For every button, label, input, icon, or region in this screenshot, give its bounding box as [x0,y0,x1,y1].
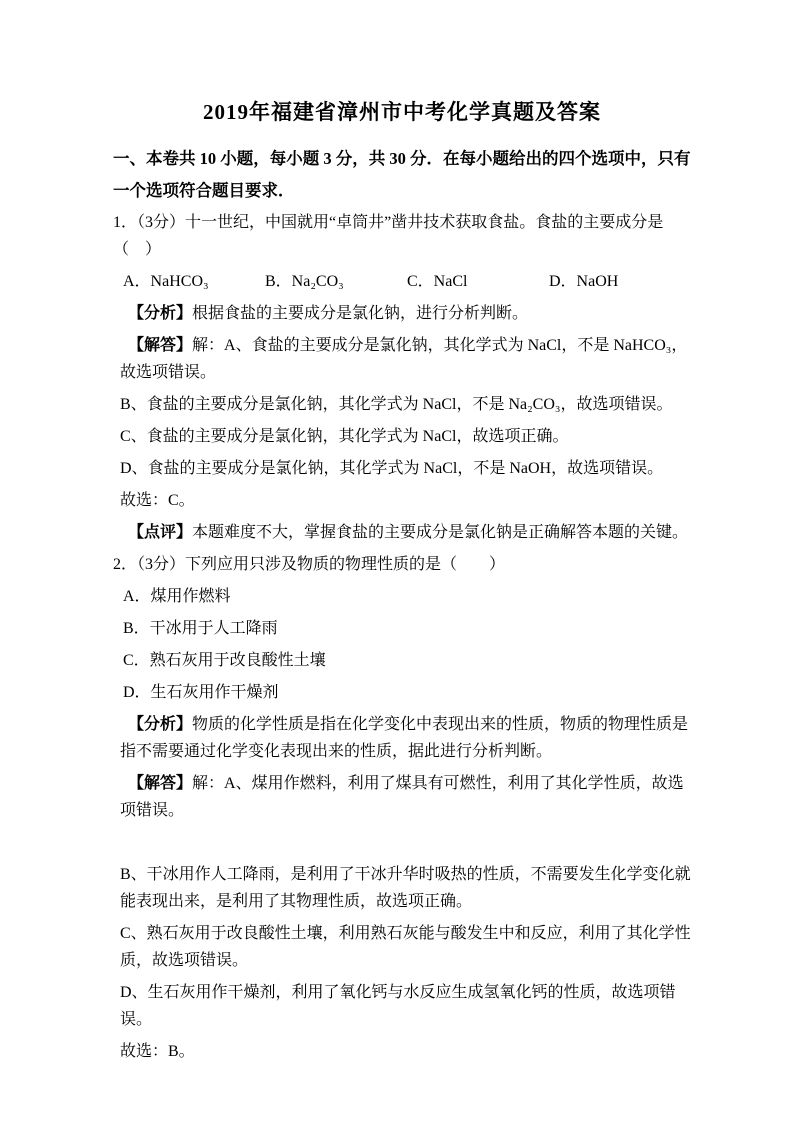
q1-option-a: A．NaHCO₃ [123,268,265,295]
q1-answer-intro: 【解答】解：A、食盐的主要成分是氯化钠，其化学式为 NaCl，不是 NaHCO₃… [120,332,691,386]
q1-option-b: B．Na₂CO₃ [265,268,407,295]
q1-comment-tag: 【点评】 [128,524,192,541]
q2-answer-intro: 【解答】解：A、煤用作燃料，利用了煤具有可燃性，利用了其化学性质，故选项错误。 [120,770,691,824]
q2-stem: 2．（3分）下列应用只涉及物质的物理性质的是（ ） [113,551,691,578]
q1-answer-d: D、食盐的主要成分是氯化钠，其化学式为 NaCl，不是 NaOH，故选项错误。 [120,455,691,482]
q1-answer-b: B、食盐的主要成分是氯化钠，其化学式为 NaCl，不是 Na₂CO₃，故选项错误… [120,391,691,418]
q2-conclusion: 故选：B。 [120,1038,691,1065]
q1-comment-text: 本题难度不大，掌握食盐的主要成分是氯化钠是正确解答本题的关键。 [192,524,688,541]
q2-answer-d: D、生石灰用作干燥剂，利用了氧化钙与水反应生成氢氧化钙的性质，故选项错误。 [120,979,691,1033]
q2-answer-c: C、熟石灰用于改良酸性土壤，利用熟石灰能与酸发生中和反应，利用了其化学性质，故选… [120,920,691,974]
document-page: 2019年福建省漳州市中考化学真题及答案 一、本卷共 10 小题，每小题 3 分… [0,0,794,1123]
q1-analysis-tag: 【分析】 [128,305,192,322]
section-heading: 一、本卷共 10 小题，每小题 3 分，共 30 分．在每小题给出的四个选项中，… [113,143,691,207]
q2-analysis-tag: 【分析】 [128,716,192,733]
q2-option-b: B．干冰用于人工降雨 [123,615,691,642]
q1-conclusion: 故选：C。 [120,487,691,514]
question-2: 2．（3分）下列应用只涉及物质的物理性质的是（ ） A．煤用作燃料 B．干冰用于… [113,551,691,1065]
q2-answer-b: B、干冰用作人工降雨，是利用了干冰升华时吸热的性质，不需要发生化学变化就能表现出… [120,861,691,915]
q1-answer-c: C、食盐的主要成分是氯化钠，其化学式为 NaCl，故选项正确。 [120,423,691,450]
q2-analysis: 【分析】物质的化学性质是指在化学变化中表现出来的性质，物质的物理性质是指不需要通… [120,711,691,765]
q2-analysis-text: 物质的化学性质是指在化学变化中表现出来的性质，物质的物理性质是指不需要通过化学变… [120,716,688,760]
q1-option-d: D．NaOH [549,268,691,295]
q2-option-a: A．煤用作燃料 [123,583,691,610]
q1-analysis-text: 根据食盐的主要成分是氯化钠，进行分析判断。 [192,305,528,322]
q2-answer-intro-text: 解：A、煤用作燃料，利用了煤具有可燃性，利用了其化学性质，故选项错误。 [120,775,684,819]
q1-answer-intro-text: 解：A、食盐的主要成分是氯化钠，其化学式为 NaCl，不是 NaHCO₃，故选项… [120,337,687,381]
q1-comment: 【点评】本题难度不大，掌握食盐的主要成分是氯化钠是正确解答本题的关键。 [120,519,691,546]
q2-answer-tag: 【解答】 [128,775,192,792]
q1-analysis: 【分析】根据食盐的主要成分是氯化钠，进行分析判断。 [120,300,691,327]
q1-options-row: A．NaHCO₃ B．Na₂CO₃ C．NaCl D．NaOH [123,268,691,295]
q1-option-c: C．NaCl [407,268,549,295]
q1-answer-tag: 【解答】 [128,337,192,354]
q2-option-d: D．生石灰用作干燥剂 [123,679,691,706]
blank-line [113,829,691,856]
q1-stem: 1．（3分）十一世纪，中国就用“卓筒井”凿井技术获取食盐。食盐的主要成分是（ ） [113,209,691,263]
doc-title: 2019年福建省漳州市中考化学真题及答案 [113,97,691,127]
question-1: 1．（3分）十一世纪，中国就用“卓筒井”凿井技术获取食盐。食盐的主要成分是（ ）… [113,209,691,546]
q2-option-c: C．熟石灰用于改良酸性土壤 [123,647,691,674]
